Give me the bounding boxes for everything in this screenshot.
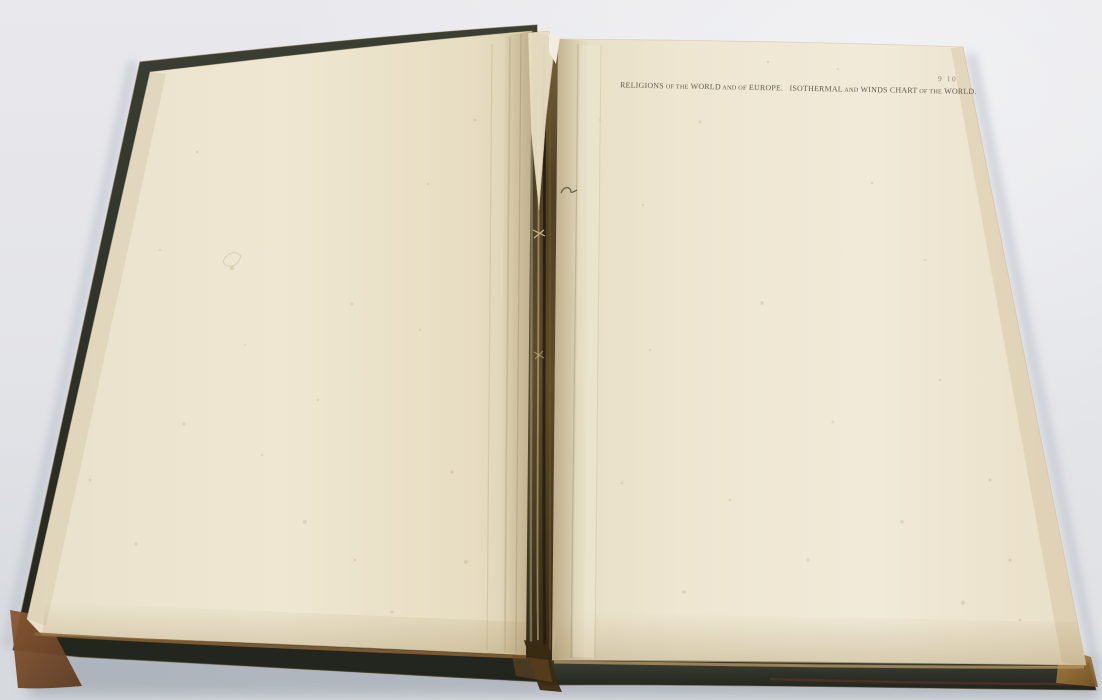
spine-cloth-streak bbox=[531, 70, 532, 645]
photograph-of-open-book: RELIGIONS OF THE WORLD AND OF EUROPE. IS… bbox=[0, 0, 1102, 700]
book-photo-canvas: RELIGIONS OF THE WORLD AND OF EUROPE. IS… bbox=[0, 0, 1102, 700]
page-numbers: 9 10 bbox=[938, 74, 958, 83]
spine-glue-streak bbox=[550, 60, 551, 650]
